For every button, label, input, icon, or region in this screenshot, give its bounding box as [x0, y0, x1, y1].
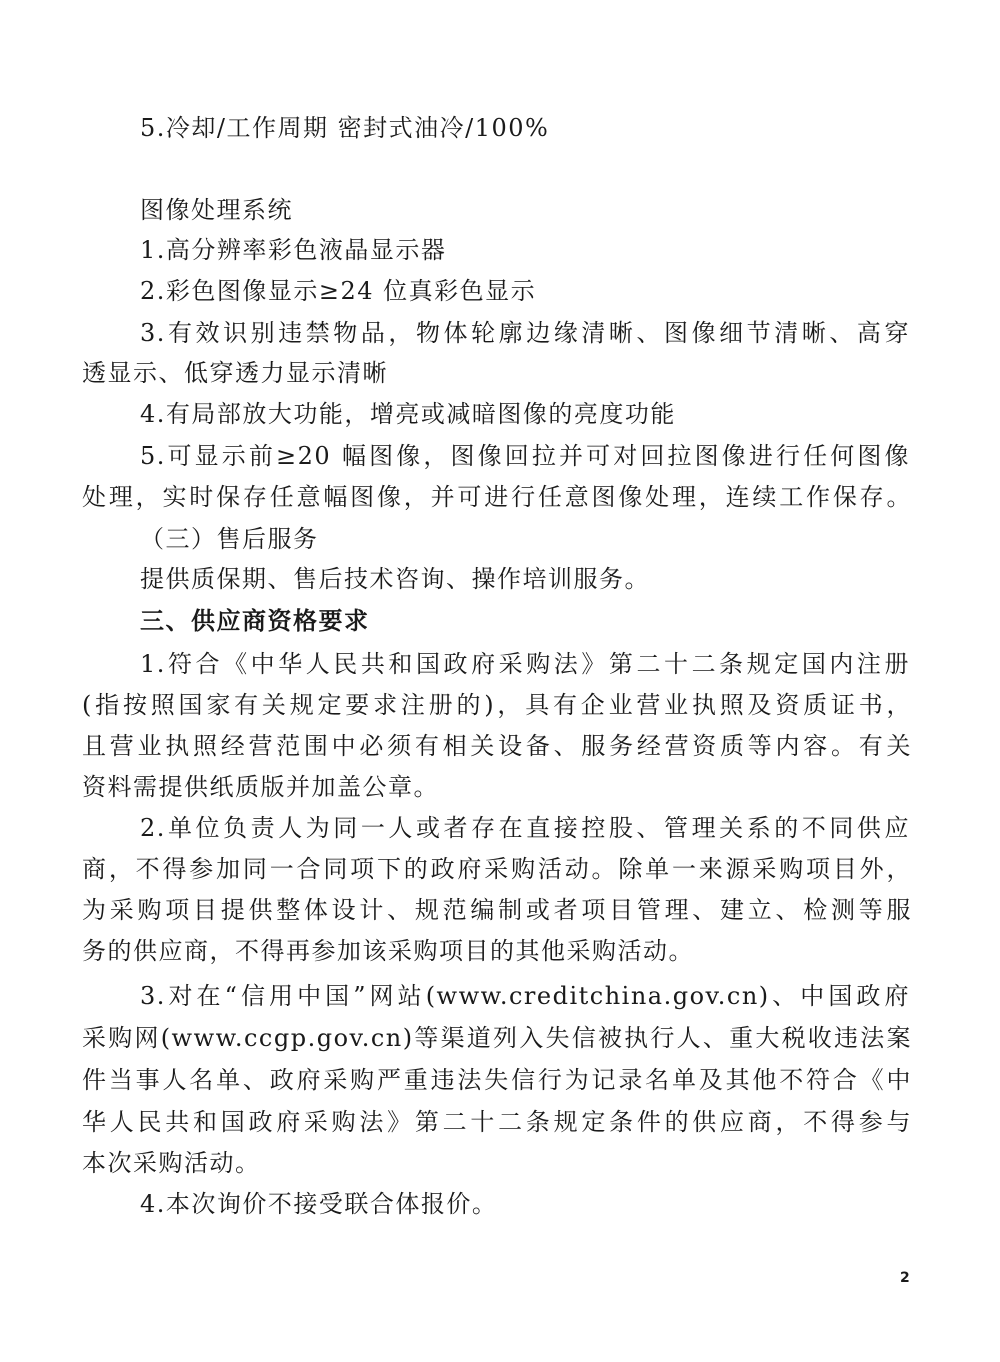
requirement-3-continuation: 华人民共和国政府采购法》第二十二条规定条件的供应商，不得参与 — [82, 1107, 912, 1137]
requirement-1-continuation: 且营业执照经营范围中必须有相关设备、服务经营资质等内容。有关 — [82, 731, 912, 761]
page-number: 2 — [900, 1270, 910, 1286]
requirement-2-continuation: 为采购项目提供整体设计、规范编制或者项目管理、建立、检测等服 — [82, 895, 912, 925]
requirement-3-continuation: 本次采购活动。 — [82, 1148, 261, 1178]
requirement-4: 4.本次询价不接受联合体报价。 — [140, 1189, 497, 1219]
requirement-1-continuation: 资料需提供纸质版并加盖公章。 — [82, 772, 439, 802]
requirement-1: 1.符合《中华人民共和国政府采购法》第二十二条规定国内注册 — [140, 649, 910, 679]
cooling-duty-cycle: 5.冷却/工作周期 密封式油冷/100% — [140, 113, 549, 143]
requirement-3: 3.对在“信用中国”网站(www.creditchina.gov.cn)、中国政… — [140, 981, 910, 1011]
paragraph: 提供质保期、售后技术咨询、操作培训服务。 — [140, 564, 650, 594]
list-item-continuation: 透显示、低穿透力显示清晰 — [82, 358, 388, 388]
section-heading-image-processing: 图像处理系统 — [140, 195, 293, 225]
requirement-2-continuation: 商，不得参加同一合同项下的政府采购活动。除单一来源采购项目外， — [82, 854, 912, 884]
subsection-heading-after-sales: （三）售后服务 — [140, 524, 319, 554]
requirement-3-continuation: 采购网(www.ccgp.gov.cn)等渠道列入失信被执行人、重大税收违法案 — [82, 1023, 912, 1053]
requirement-2-continuation: 务的供应商，不得再参加该采购项目的其他采购活动。 — [82, 936, 694, 966]
requirement-1-continuation: (指按照国家有关规定要求注册的)，具有企业营业执照及资质证书， — [82, 690, 912, 720]
list-item: 5.可显示前≥20 幅图像，图像回拉并可对回拉图像进行任何图像 — [140, 441, 910, 471]
list-item: 4.有局部放大功能，增亮或减暗图像的亮度功能 — [140, 399, 676, 429]
requirement-3-continuation: 件当事人名单、政府采购严重违法失信行为记录名单及其他不符合《中 — [82, 1065, 912, 1095]
list-item: 3.有效识别违禁物品，物体轮廓边缘清晰、图像细节清晰、高穿 — [140, 318, 910, 348]
list-item: 1.高分辨率彩色液晶显示器 — [140, 235, 446, 265]
requirement-2: 2.单位负责人为同一人或者存在直接控股、管理关系的不同供应 — [140, 813, 910, 843]
list-item: 2.彩色图像显示≥24 位真彩色显示 — [140, 276, 536, 306]
section-heading-supplier-qualification: 三、供应商资格要求 — [140, 606, 370, 636]
list-item-continuation: 处理，实时保存任意幅图像，并可进行任意图像处理，连续工作保存。 — [82, 482, 912, 512]
